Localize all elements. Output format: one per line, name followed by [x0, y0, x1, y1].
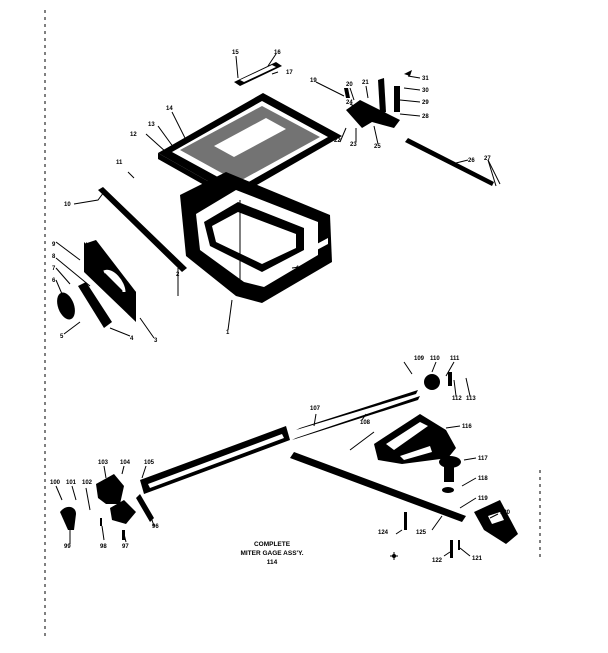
part-label-17: 17	[286, 70, 293, 76]
part-label-104: 104	[120, 460, 131, 466]
part-label-111: 111	[450, 356, 460, 362]
part-label-121: 121	[472, 556, 483, 562]
caption: COMPLETE MITER GAGE ASS'Y. 114	[240, 541, 303, 566]
part-label-119: 119	[478, 496, 488, 502]
part-label-10: 10	[64, 202, 71, 208]
part-label-118: 118	[478, 476, 488, 482]
part-label-113: 113	[466, 396, 476, 402]
part-label-108: 108	[360, 420, 371, 426]
part-label-12: 12	[130, 132, 137, 138]
part-label-13: 13	[148, 122, 155, 128]
part-label-1: 1	[226, 330, 230, 336]
fence-extrusion	[140, 426, 290, 494]
part-label-4: 4	[130, 336, 134, 342]
part-label-31: 31	[422, 76, 429, 82]
part-label-99: 99	[64, 544, 71, 550]
part-label-24: 24	[346, 100, 353, 106]
part-label-122: 122	[432, 558, 443, 564]
part-label-101: 101	[66, 480, 77, 486]
part-label-30: 30	[422, 88, 429, 94]
center-mark	[390, 552, 398, 560]
part-label-110: 110	[430, 356, 440, 362]
miter-bar-end-clamp	[474, 500, 518, 544]
fence-lock-bracket	[344, 70, 412, 128]
parts-diagram: 1234567891011121314151617181920212223242…	[0, 0, 608, 653]
part-label-7: 7	[52, 266, 56, 272]
base-cabinet	[180, 172, 332, 303]
part-label-105: 105	[144, 460, 155, 466]
part-label-28: 28	[422, 114, 429, 120]
part-label-107: 107	[310, 406, 321, 412]
miter-knob	[439, 456, 461, 493]
part-label-2: 2	[176, 272, 180, 278]
part-label-100: 100	[50, 480, 61, 486]
part-label-20: 20	[346, 82, 353, 88]
part-label-8: 8	[52, 254, 56, 260]
part-label-6: 6	[52, 278, 56, 284]
part-label-14: 14	[166, 106, 173, 112]
part-label-21: 21	[362, 80, 369, 86]
part-label-25: 25	[374, 144, 381, 150]
front-rail	[98, 187, 187, 272]
part-label-98: 98	[100, 544, 107, 550]
fence-rod	[405, 138, 494, 186]
part-label-97: 97	[122, 544, 129, 550]
part-label-116: 116	[462, 424, 472, 430]
part-label-19: 19	[310, 78, 317, 84]
part-label-27: 27	[484, 156, 491, 162]
part-label-5: 5	[60, 334, 64, 340]
lock-knob-top	[424, 372, 452, 390]
caption-line-3: 114	[267, 559, 278, 566]
part-label-102: 102	[82, 480, 93, 486]
caption-line-1: COMPLETE	[254, 541, 291, 548]
insert-plate	[234, 62, 282, 86]
part-label-117: 117	[478, 456, 488, 462]
front-panel	[54, 240, 136, 328]
caption-line-2: MITER GAGE ASS'Y.	[240, 550, 303, 557]
part-label-11: 11	[116, 160, 123, 166]
part-label-3: 3	[154, 338, 158, 344]
part-label-96: 96	[152, 524, 159, 530]
part-label-103: 103	[98, 460, 109, 466]
part-label-112: 112	[452, 396, 462, 402]
part-label-9: 9	[52, 242, 56, 248]
part-label-18: 18	[296, 266, 303, 272]
part-label-109: 109	[414, 356, 425, 362]
part-label-16: 16	[274, 50, 281, 56]
part-label-124: 124	[378, 530, 389, 536]
part-label-125: 125	[416, 530, 427, 536]
part-label-29: 29	[422, 100, 429, 106]
part-label-23: 23	[350, 142, 357, 148]
part-label-26: 26	[468, 158, 475, 164]
part-label-22: 22	[334, 138, 341, 144]
part-label-120: 120	[500, 510, 511, 516]
miter-gage-head	[374, 414, 456, 464]
part-label-15: 15	[232, 50, 239, 56]
